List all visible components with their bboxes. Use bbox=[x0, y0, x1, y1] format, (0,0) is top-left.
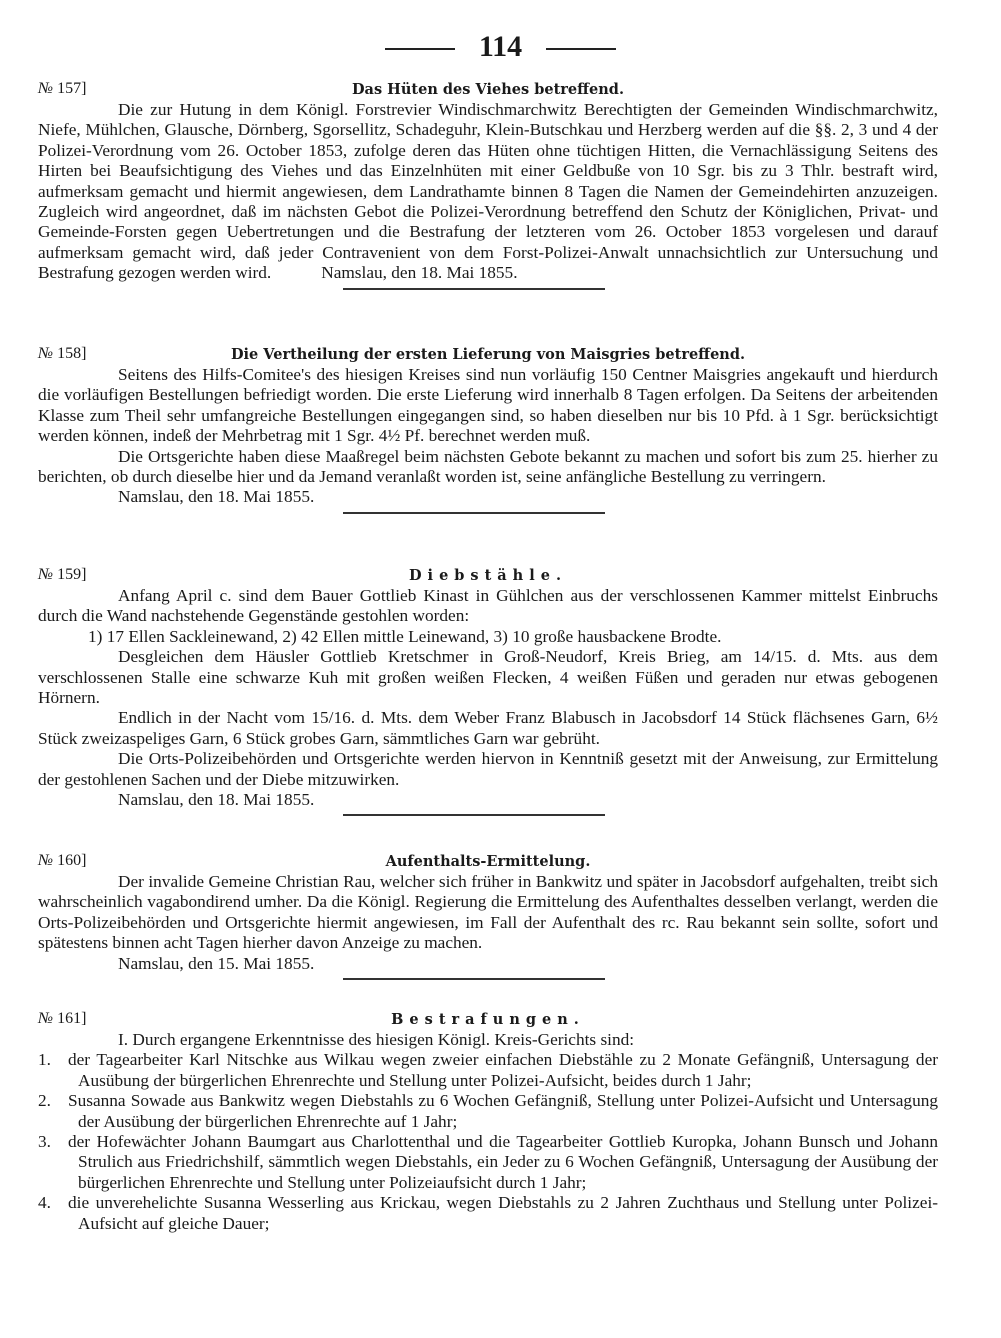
section-number: № 159] bbox=[38, 566, 86, 584]
signature: Namslau, den 15. Mai 1855. bbox=[38, 954, 938, 974]
section-161: № 161] Bestrafungen. I. Durch ergangene … bbox=[38, 1010, 938, 1234]
section-paragraph: Die zur Hutung in dem Königl. Forstrevie… bbox=[38, 100, 938, 284]
section-160: № 160] Aufenthalts-Ermittelung. Der inva… bbox=[38, 852, 938, 980]
section-158: № 158] Die Vertheilung der ersten Liefer… bbox=[38, 345, 938, 514]
item-number: 3. bbox=[38, 1132, 51, 1152]
section-number: № 157] bbox=[38, 80, 86, 98]
penalty-item: 1. der Tagearbeiter Karl Nitschke aus Wi… bbox=[38, 1050, 938, 1091]
section-paragraph: Die Orts-Polizeibehörden und Ortsgericht… bbox=[38, 749, 938, 790]
penalty-item: 4. die unverehelichte Susanna Wesserling… bbox=[38, 1193, 938, 1234]
item-number: 1. bbox=[38, 1050, 51, 1070]
section-title: Das Hüten des Viehes betreffend. bbox=[98, 80, 878, 100]
section-paragraph: Der invalide Gemeine Christian Rau, welc… bbox=[38, 872, 938, 954]
item-text: der Tagearbeiter Karl Nitschke aus Wilka… bbox=[68, 1050, 938, 1091]
header-rule-left bbox=[385, 48, 455, 50]
section-159: № 159] Diebstähle. Anfang April c. sind … bbox=[38, 566, 938, 816]
section-title: Aufenthalts-Ermittelung. bbox=[98, 852, 878, 872]
section-title: Bestrafungen. bbox=[98, 1010, 878, 1030]
stolen-items-list: 1) 17 Ellen Sackleinewand, 2) 42 Ellen m… bbox=[38, 627, 938, 647]
signature: Namslau, den 18. Mai 1855. bbox=[271, 263, 517, 282]
section-paragraph: Seitens des Hilfs-Comitee's des hiesigen… bbox=[38, 365, 938, 447]
section-paragraph: Desgleichen dem Häusler Gottlieb Kretsch… bbox=[38, 647, 938, 708]
document-page: 114 № 157] Das Hüten des Viehes betreffe… bbox=[0, 0, 1001, 1338]
section-number: № 161] bbox=[38, 1010, 86, 1028]
section-title: Diebstähle. bbox=[98, 566, 878, 586]
header-rule-right bbox=[546, 48, 616, 50]
section-divider bbox=[343, 814, 605, 816]
section-title: Die Vertheilung der ersten Lieferung von… bbox=[98, 345, 878, 365]
section-paragraph: Anfang April c. sind dem Bauer Gottlieb … bbox=[38, 586, 938, 627]
penalty-item: 3. der Hofewächter Johann Baumgart aus C… bbox=[38, 1132, 938, 1193]
section-paragraph: Endlich in der Nacht vom 15/16. d. Mts. … bbox=[38, 708, 938, 749]
section-number: № 160] bbox=[38, 852, 86, 870]
penalty-item: 2. Susanna Sowade aus Bankwitz wegen Die… bbox=[38, 1091, 938, 1132]
signature: Namslau, den 18. Mai 1855. bbox=[38, 487, 938, 507]
section-number: № 158] bbox=[38, 345, 86, 363]
item-number: 2. bbox=[38, 1091, 51, 1111]
item-number: 4. bbox=[38, 1193, 51, 1213]
section-paragraph: Die Ortsgerichte haben diese Maaßregel b… bbox=[38, 447, 938, 488]
section-intro: I. Durch ergangene Erkenntnisse des hies… bbox=[38, 1030, 938, 1050]
signature: Namslau, den 18. Mai 1855. bbox=[38, 790, 938, 810]
section-divider bbox=[343, 978, 605, 980]
item-text: die unverehelichte Susanna Wesserling au… bbox=[68, 1193, 938, 1234]
section-divider bbox=[343, 288, 605, 290]
page-header: 114 bbox=[0, 30, 1001, 64]
item-text: Susanna Sowade aus Bankwitz wegen Diebst… bbox=[68, 1091, 938, 1132]
item-text: der Hofewächter Johann Baumgart aus Char… bbox=[68, 1132, 938, 1193]
section-divider bbox=[343, 512, 605, 514]
page-number: 114 bbox=[479, 30, 522, 63]
section-157: № 157] Das Hüten des Viehes betreffend. … bbox=[38, 80, 938, 290]
